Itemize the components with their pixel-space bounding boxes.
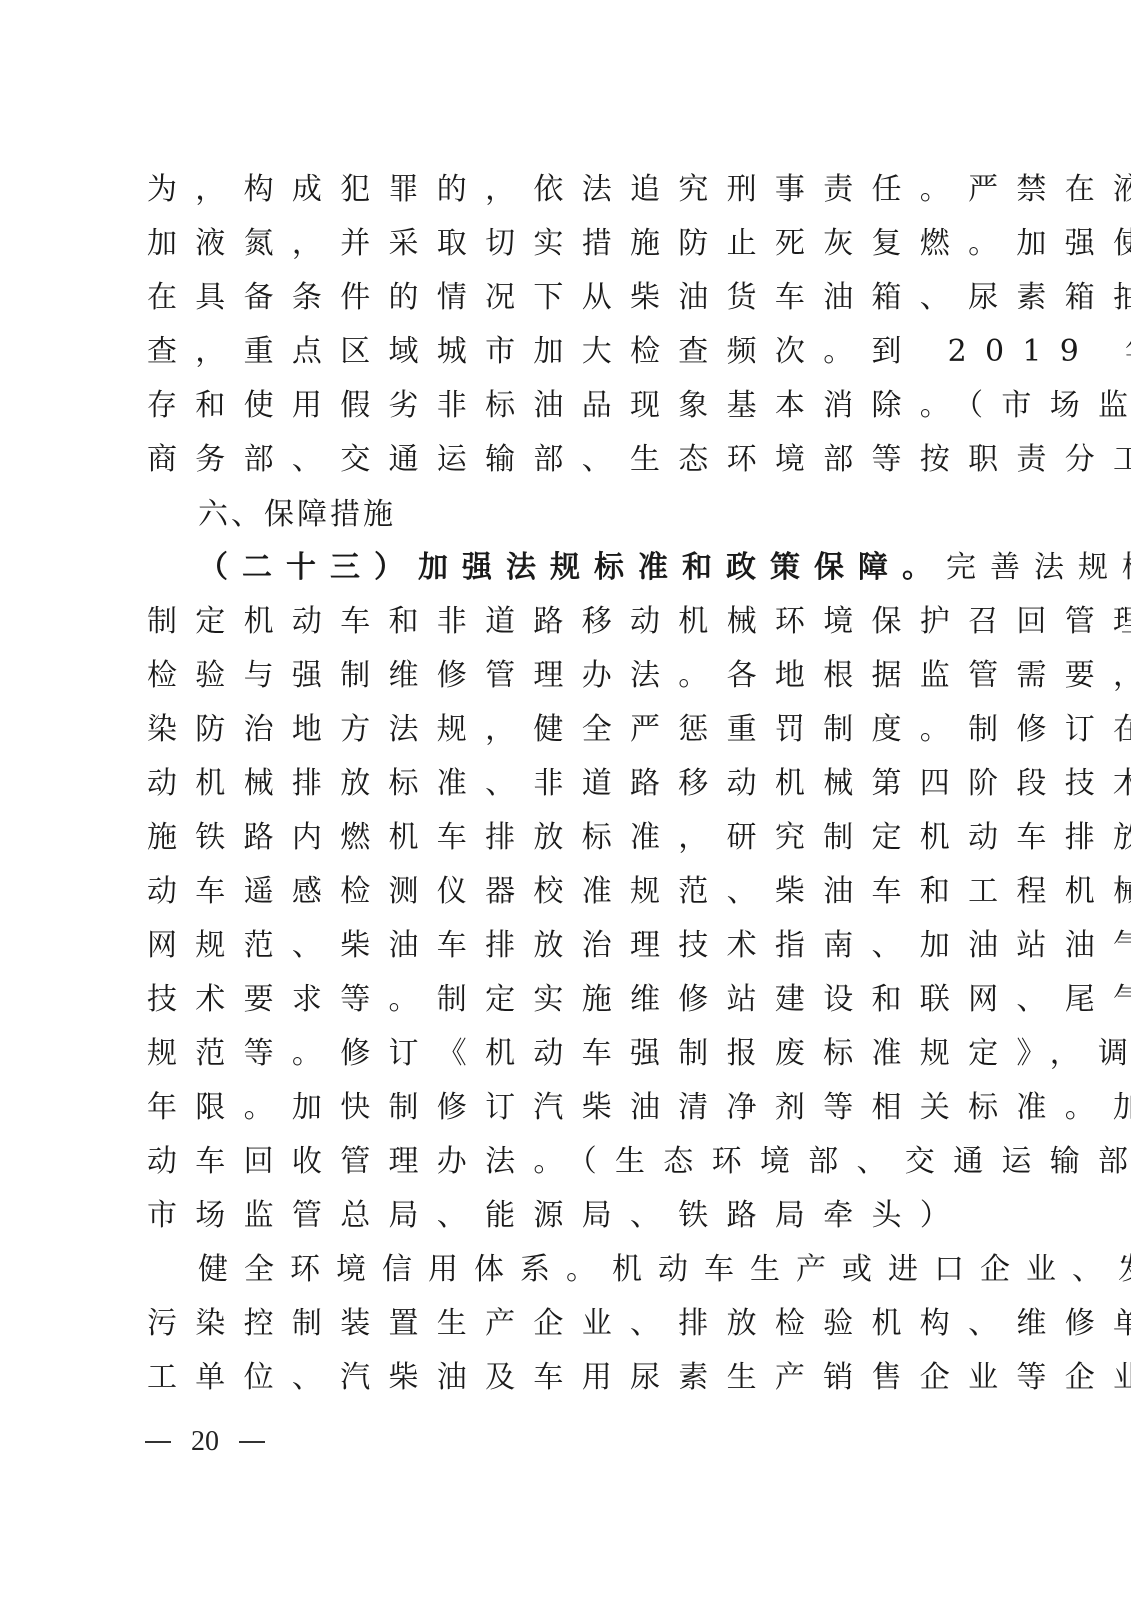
text-line: 动车遥感检测仪器校准规范、柴油车和工程机械远程在线监控及联 [147,872,987,912]
text-line: 染防治地方法规，健全严惩重罚制度。制修订在用汽车和非道路移 [147,710,987,750]
page-footer: 20 [145,1425,265,1459]
text-line: 商务部、交通运输部、生态环境部等按职责分工负责） [147,440,987,480]
subsection-text: 完善法规标准体系。研究 [946,550,1131,585]
text-line: 技术要求等。制定实施维修站建设和联网、尾气排放维修治理技术 [147,980,987,1020]
text-line: 动车回收管理办法。（生态环境部、交通运输部、商务部、司法部、 [147,1142,987,1182]
page-number: 20 [191,1425,219,1459]
subsection-first-line: （二十三）加强法规标准和政策保障。完善法规标准体系。研究 [198,548,988,588]
text-line: 存和使用假劣非标油品现象基本消除。（市场监管总局、发展改革委、 [147,386,987,426]
text-line: 检验与强制维修管理办法。各地根据监管需要，制定出台机动车污 [147,656,987,696]
text-line: 污染控制装置生产企业、排放检验机构、维修单位、运输企业、施 [147,1304,987,1344]
document-page: 为，构成犯罪的，依法追究刑事责任。严禁在液化天然气中非法添 加液氮，并采取切实措… [0,0,1131,1600]
subsection-title: 加强法规标准和政策保障。 [418,550,946,585]
text-line: 动机械排放标准、非道路移动机械第四阶段技术要求。制修订并实 [147,764,987,804]
text-line: 制定机动车和非道路移动机械环境保护召回管理办法、机动车排放 [147,602,987,642]
text-line: 市场监管总局、能源局、铁路局牵头） [147,1196,987,1236]
text-line: 年限。加快制修订汽柴油清净剂等相关标准。加快出台实施报废机 [147,1088,987,1128]
text-line: 网规范、柴油车排放治理技术指南、加油站油气回收在线监控系统 [147,926,987,966]
text-line: 加液氮，并采取切实措施防止死灰复燃。加强使用环节监督检查， [147,224,987,264]
text-line: 在具备条件的情况下从柴油货车油箱、尿素箱抽取样品进行监督检 [147,278,987,318]
text-line: 健全环境信用体系。机动车生产或进口企业、发动机制造企业、 [198,1250,988,1290]
text-line: 施铁路内燃机车排放标准，研究制定机动车排放检验技术规范、机 [147,818,987,858]
text-line: 工单位、汽柴油及车用尿素生产销售企业等企业的违法违规信息， [147,1358,987,1398]
subsection-number: （二十三） [198,550,418,585]
dash-left [145,1441,171,1443]
text-line: 为，构成犯罪的，依法追究刑事责任。严禁在液化天然气中非法添 [147,170,987,210]
dash-right [239,1441,265,1443]
text-line: 规范等。修订《机动车强制报废标准规定》，调整营运柴油货车使用 [147,1034,987,1074]
text-line: 查，重点区域城市加大检查频次。到 2019 年，违法生产、销售、储 [147,332,987,372]
section-heading: 六、保障措施 [198,495,396,535]
